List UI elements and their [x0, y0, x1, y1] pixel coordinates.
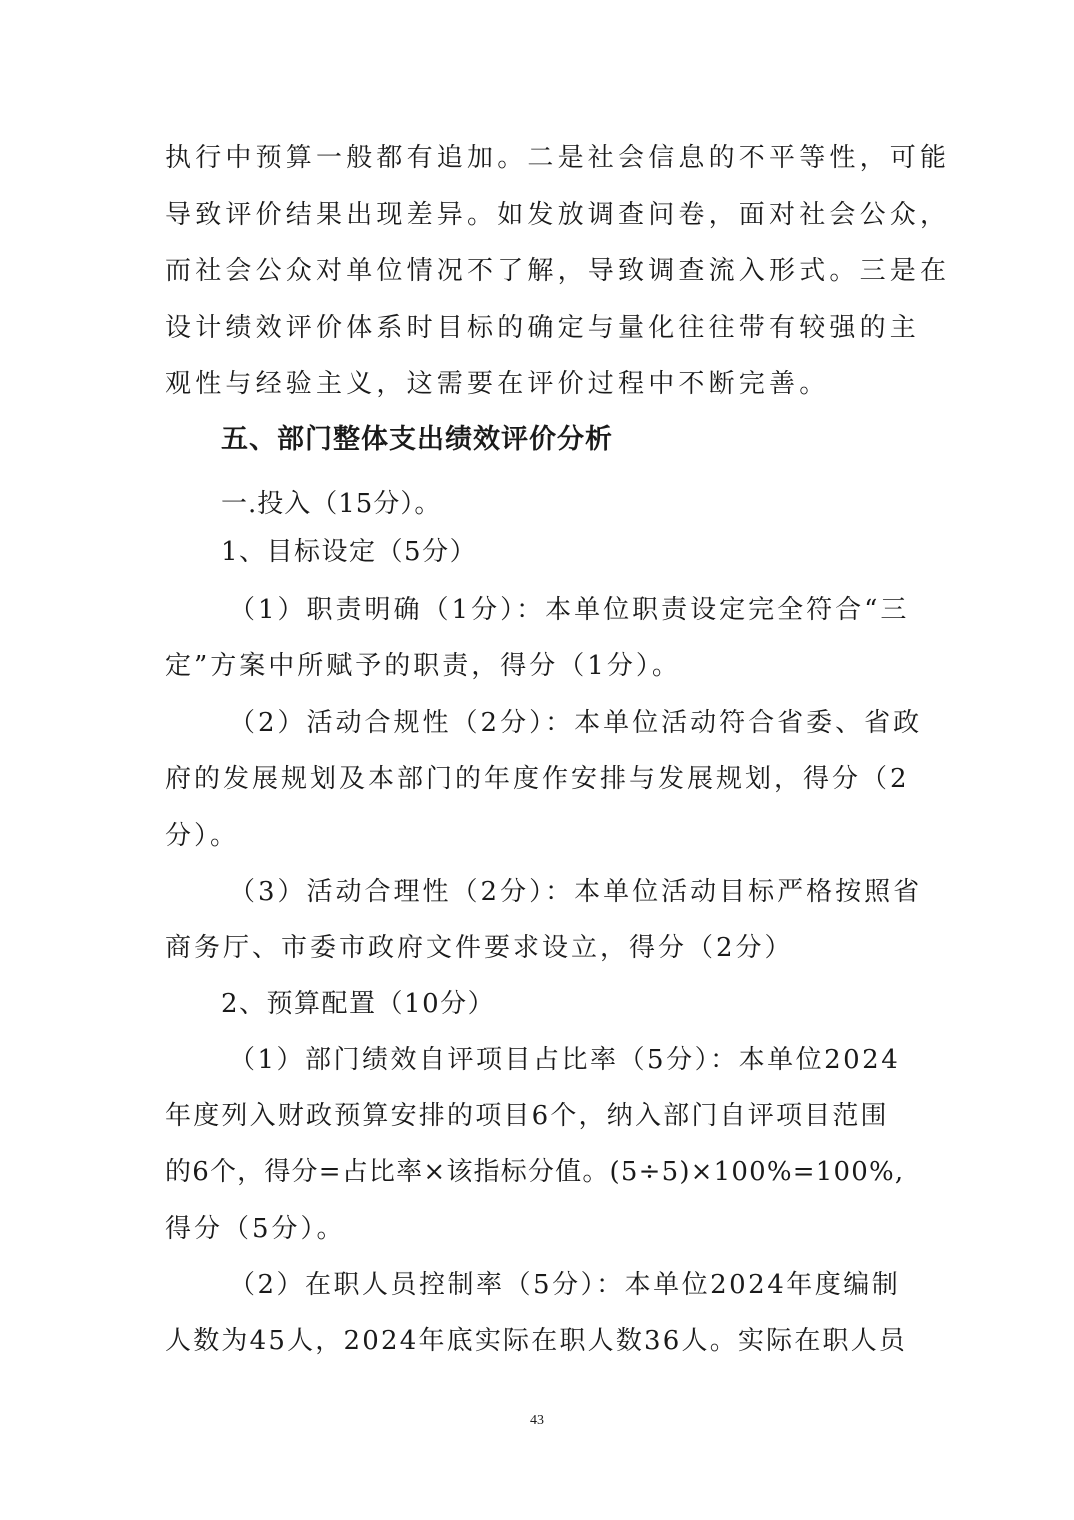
paragraph-line: 执行中预算一般都有追加。二是社会信息的不平等性，可能 [165, 141, 950, 175]
section-heading: 五、部门整体支出绩效评价分析 [221, 423, 613, 457]
item-self-eval-ratio-cont: 年度列入财政预算安排的项目6个，纳入部门自评项目范围 [165, 1099, 889, 1133]
paragraph-line: 而社会公众对单位情况不了解，导致调查流入形式。三是在 [165, 254, 950, 288]
item-staff-control: （2）在职人员控制率（5分）：本单位2024年度编制 [229, 1268, 900, 1302]
subheading-input: 一.投入（15分）。 [221, 487, 441, 521]
item-duty-clarity: （1）职责明确（1分）：本单位职责设定完全符合“三 [229, 593, 909, 627]
item-self-eval-ratio: （1）部门绩效自评项目占比率（5分）：本单位2024 [229, 1043, 900, 1077]
paragraph-line: 设计绩效评价体系时目标的确定与量化往往带有较强的主 [165, 311, 920, 345]
item-staff-control-cont: 人数为45人，2024年底实际在职人数36人。实际在职人员 [165, 1324, 907, 1358]
item-self-eval-ratio-cont: 得分（5分）。 [165, 1212, 346, 1246]
item-compliance: （2）活动合规性（2分）：本单位活动符合省委、省政 [229, 706, 922, 740]
paragraph-line: 观性与经验主义，这需要在评价过程中不断完善。 [165, 367, 829, 401]
item-compliance-cont: 府的发展规划及本部门的年度作安排与发展规划，得分（2 [165, 762, 910, 796]
item-self-eval-ratio-cont: 的6个，得分=占比率×该指标分值。(5÷5)×100%=100%, [165, 1155, 904, 1189]
item-compliance-cont: 分）。 [165, 819, 239, 853]
item-rationality: （3）活动合理性（2分）：本单位活动目标严格按照省 [229, 875, 922, 909]
page-number: 43 [0, 1413, 1074, 1429]
item-duty-clarity-cont: 定”方案中所赋予的职责，得分（1分）。 [165, 649, 681, 683]
item-budget-allocation: 2、预算配置（10分） [221, 987, 495, 1021]
item-rationality-cont: 商务厅、市委市政府文件要求设立，得分（2分） [165, 931, 794, 965]
item-goal-setting: 1、目标设定（5分） [221, 535, 477, 569]
paragraph-line: 导致评价结果出现差异。如发放调查问卷，面对社会公众， [165, 198, 950, 232]
